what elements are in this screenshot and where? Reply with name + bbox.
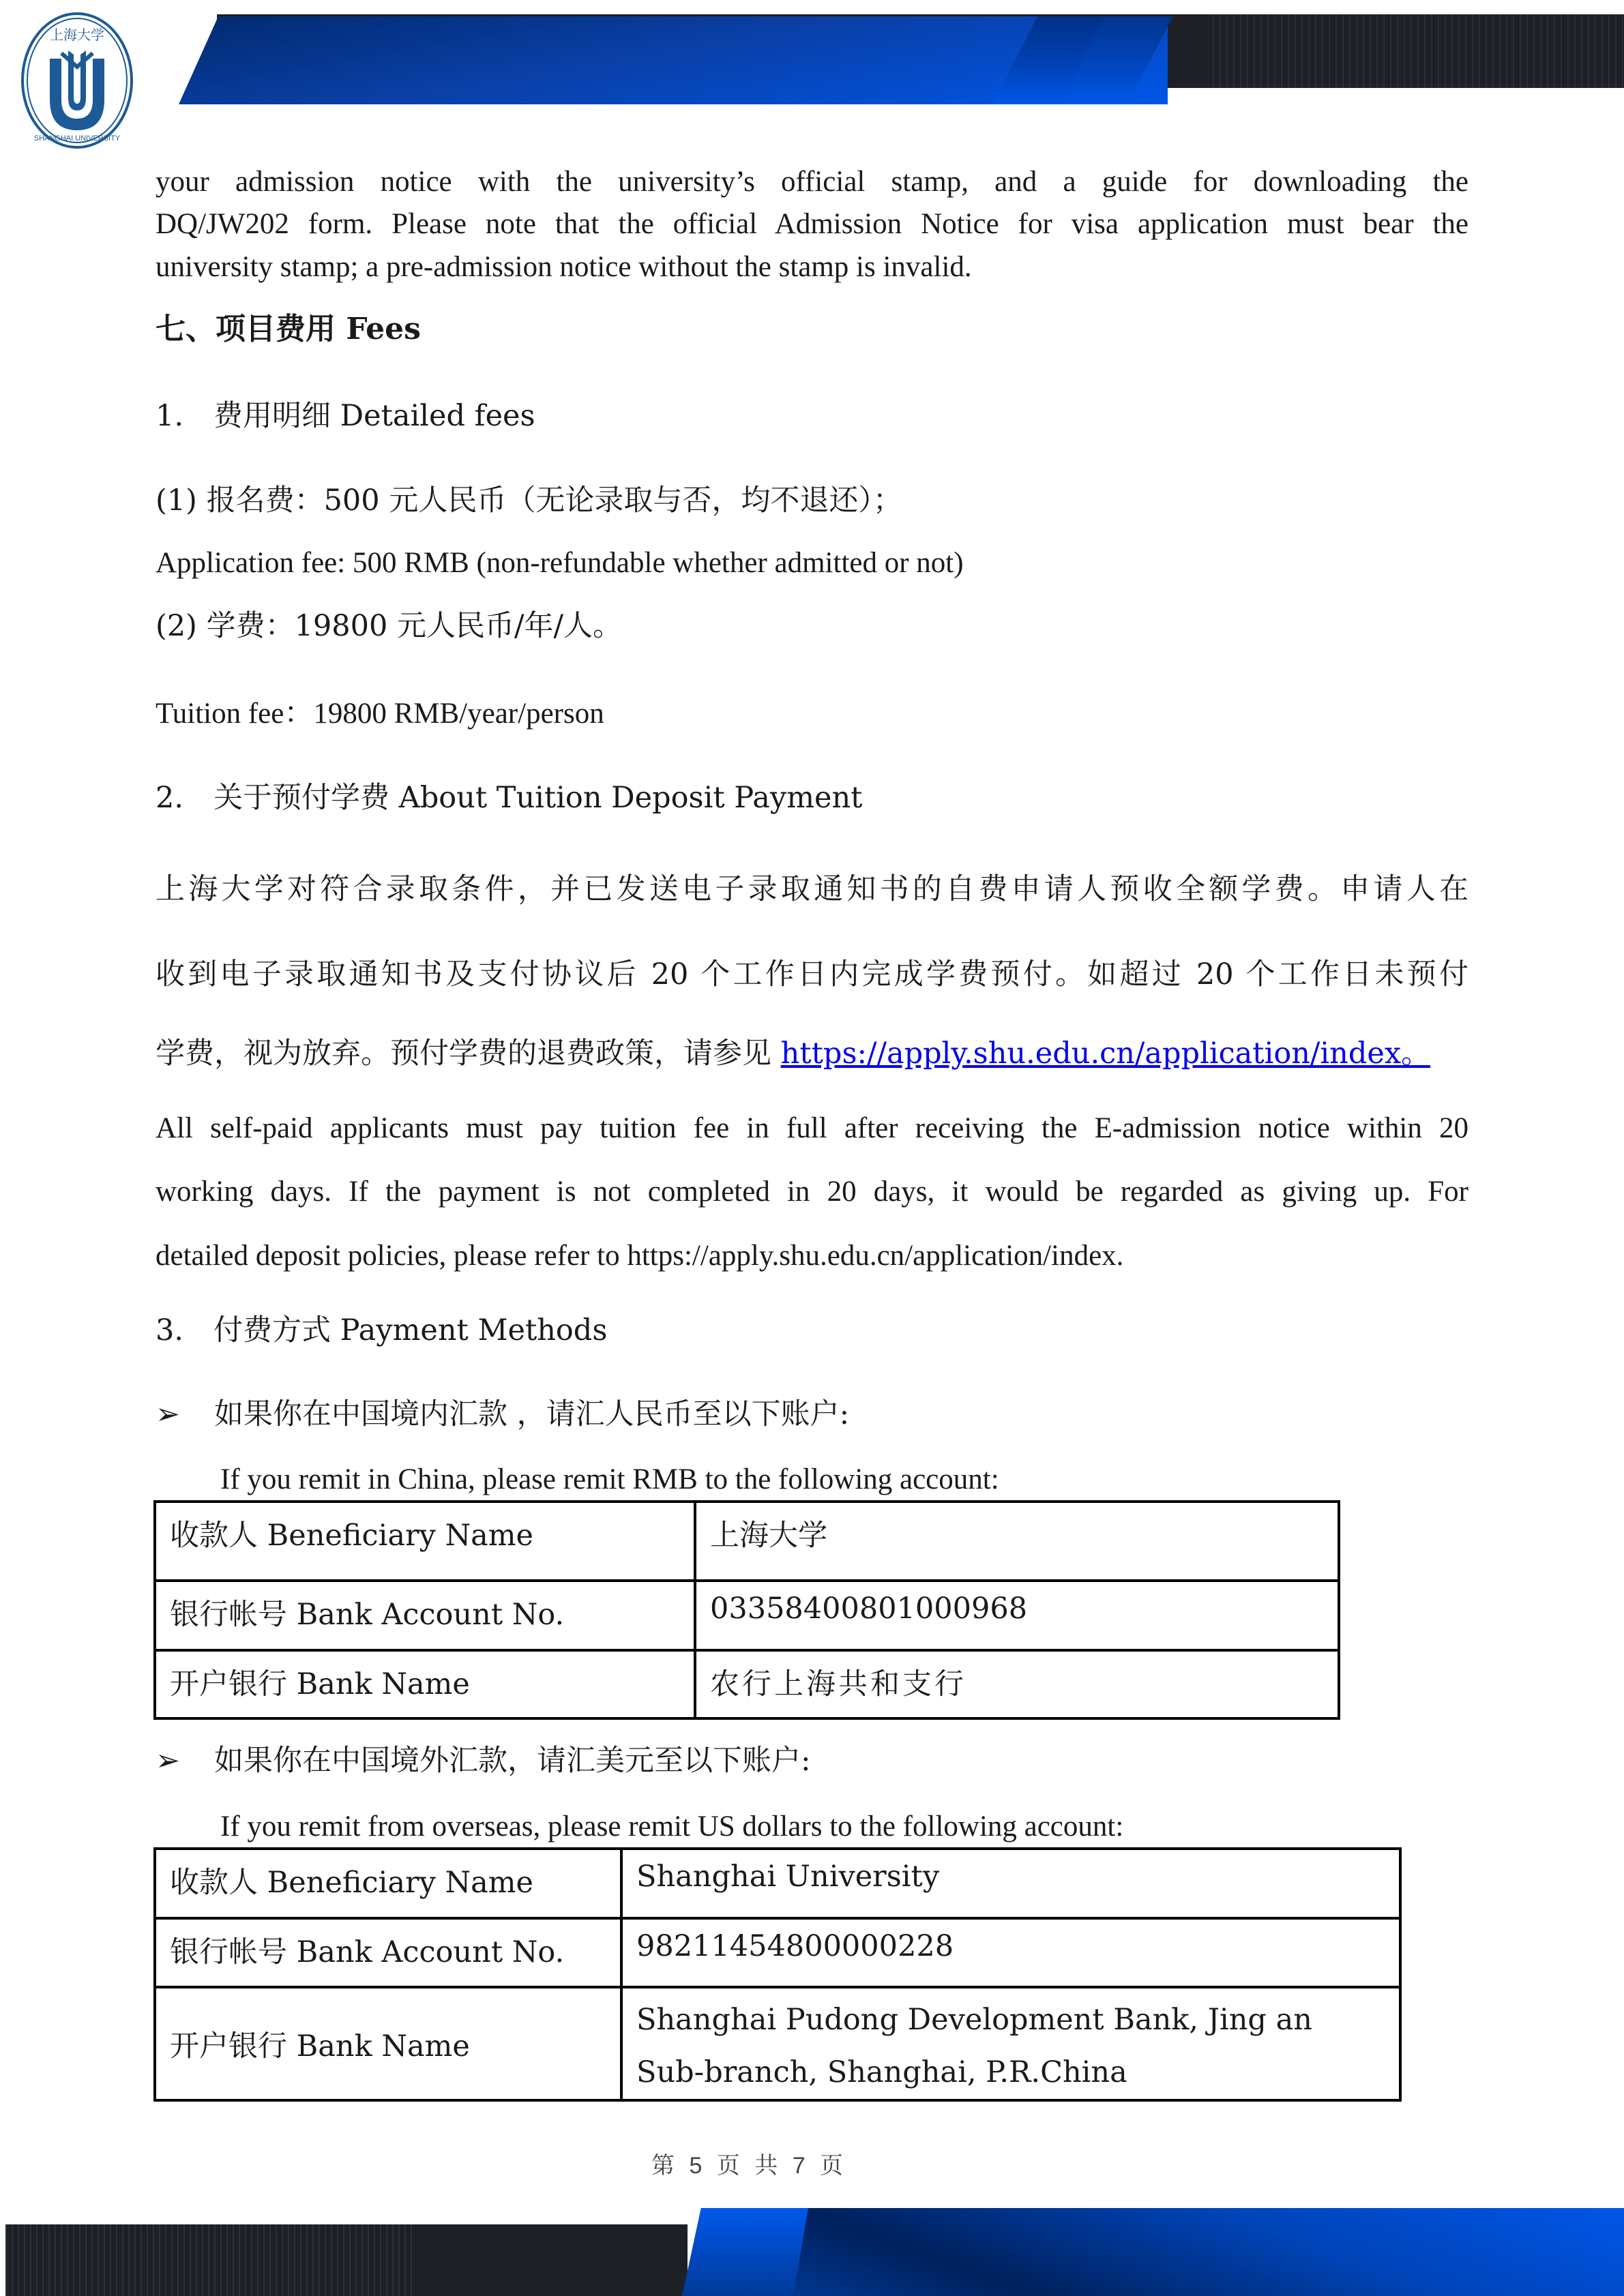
account-no-label: 银行帐号 Bank Account No.	[155, 1918, 621, 1987]
beneficiary-value: 上海大学	[695, 1502, 1339, 1581]
deposit-en-line-1: All self-paid applicants must pay tuitio…	[156, 1112, 1468, 1145]
intro-line-1: your admission notice with the universit…	[156, 165, 1468, 198]
bank-name-line-2: Sub-branch, Shanghai, P.R.China	[636, 2046, 1385, 2099]
item2-number: 2.	[156, 781, 213, 816]
item2-heading: 2.关于预付学费 About Tuition Deposit Payment	[156, 781, 862, 816]
domestic-en: If you remit in China, please remit RMB …	[220, 1462, 999, 1497]
overseas-cn: 如果你在中国境外汇款，请汇美元至以下账户:	[214, 1744, 811, 1778]
item1-heading: 1.费用明细 Detailed fees	[156, 399, 535, 434]
section-title: 七、项目费用 Fees	[156, 312, 421, 348]
fee-application-cn: (1) 报名费：500 元人民币（无论录取与否，均不退还）；	[156, 483, 902, 519]
item3-number: 3.	[156, 1313, 213, 1349]
bank-name-line-1: Shanghai Pudong Development Bank, Jing a…	[636, 1994, 1385, 2046]
beneficiary-label: 收款人 Beneficiary Name	[155, 1849, 621, 1918]
header-stripes	[1207, 14, 1624, 88]
account-no-value: 03358400801000968	[695, 1581, 1339, 1650]
deposit-cn-prefix: 学费，视为放弃。预付学费的退费政策，请参见	[156, 1037, 781, 1071]
intro-line-3: university stamp; a pre-admission notice…	[156, 250, 972, 285]
deposit-en-line-2: working days. If the payment is not comp…	[156, 1175, 1468, 1208]
account-no-value: 98211454800000228	[621, 1918, 1400, 1987]
item3-heading: 3.付费方式 Payment Methods	[156, 1313, 607, 1349]
fee-tuition-en: Tuition fee：19800 RMB/year/person	[156, 696, 604, 732]
deposit-cn-line-1: 上海大学对符合录取条件，并已发送电子录取通知书的自费申请人预收全额学费。申请人在	[156, 866, 1468, 908]
fee-application-en: Application fee: 500 RMB (non-refundable…	[156, 546, 964, 581]
table-row: 收款人 Beneficiary Name Shanghai University	[155, 1849, 1400, 1918]
account-no-label: 银行帐号 Bank Account No.	[155, 1581, 695, 1650]
footer-stripes	[5, 2224, 415, 2296]
domestic-account-table: 收款人 Beneficiary Name 上海大学 银行帐号 Bank Acco…	[153, 1500, 1340, 1720]
bank-name-value: 农行上海共和支行	[695, 1650, 1339, 1718]
fee-tuition-cn: (2) 学费：19800 元人民币/年/人。	[156, 609, 622, 644]
overseas-en: If you remit from overseas, please remit…	[220, 1809, 1123, 1845]
item1-title: 费用明细 Detailed fees	[213, 399, 535, 433]
bank-name-value: Shanghai Pudong Development Bank, Jing a…	[621, 1987, 1400, 2100]
table-row: 银行帐号 Bank Account No. 98211454800000228	[155, 1918, 1400, 1987]
bank-name-label: 开户银行 Bank Name	[155, 1650, 695, 1718]
item3-title: 付费方式 Payment Methods	[213, 1313, 607, 1347]
university-logo-icon: 上海大学 SHANGHAI UNIVERSITY	[19, 11, 135, 151]
footer-blue-accent	[682, 2208, 808, 2296]
beneficiary-label: 收款人 Beneficiary Name	[155, 1502, 695, 1581]
table-row: 开户银行 Bank Name 农行上海共和支行	[155, 1650, 1339, 1718]
overseas-account-table: 收款人 Beneficiary Name Shanghai University…	[153, 1847, 1402, 2102]
table-row: 银行帐号 Bank Account No. 03358400801000968	[155, 1581, 1339, 1650]
svg-text:上海大学: 上海大学	[50, 27, 104, 43]
apply-portal-link[interactable]: https://apply.shu.edu.cn/application/ind…	[781, 1037, 1430, 1071]
deposit-cn-line-3: 学费，视为放弃。预付学费的退费政策，请参见 https://apply.shu.…	[156, 1037, 1430, 1072]
bank-name-label: 开户银行 Bank Name	[155, 1987, 621, 2100]
item2-title: 关于预付学费 About Tuition Deposit Payment	[213, 781, 862, 815]
table-row: 收款人 Beneficiary Name 上海大学	[155, 1502, 1339, 1581]
page-number: 第 5 页 共 7 页	[651, 2147, 847, 2180]
intro-line-2: DQ/JW202 form. Please note that the offi…	[156, 207, 1468, 241]
overseas-heading: ➢如果你在中国境外汇款，请汇美元至以下账户:	[156, 1744, 811, 1779]
footer-blue-band	[682, 2208, 1624, 2296]
deposit-en-line-3: detailed deposit policies, please refer …	[156, 1238, 1123, 1274]
deposit-cn-line-2: 收到电子录取通知书及支付协议后 20 个工作日内完成学费预付。如超过 20 个工…	[156, 951, 1468, 993]
arrow-bullet-icon: ➢	[156, 1744, 214, 1779]
svg-text:SHANGHAI UNIVERSITY: SHANGHAI UNIVERSITY	[34, 134, 121, 143]
table-row: 开户银行 Bank Name Shanghai Pudong Developme…	[155, 1987, 1400, 2100]
domestic-cn: 如果你在中国境内汇款 ，请汇人民币至以下账户:	[214, 1397, 849, 1431]
item1-number: 1.	[156, 399, 213, 434]
arrow-bullet-icon: ➢	[156, 1397, 214, 1433]
domestic-heading: ➢如果你在中国境内汇款 ，请汇人民币至以下账户:	[156, 1397, 849, 1433]
beneficiary-value: Shanghai University	[621, 1849, 1400, 1918]
